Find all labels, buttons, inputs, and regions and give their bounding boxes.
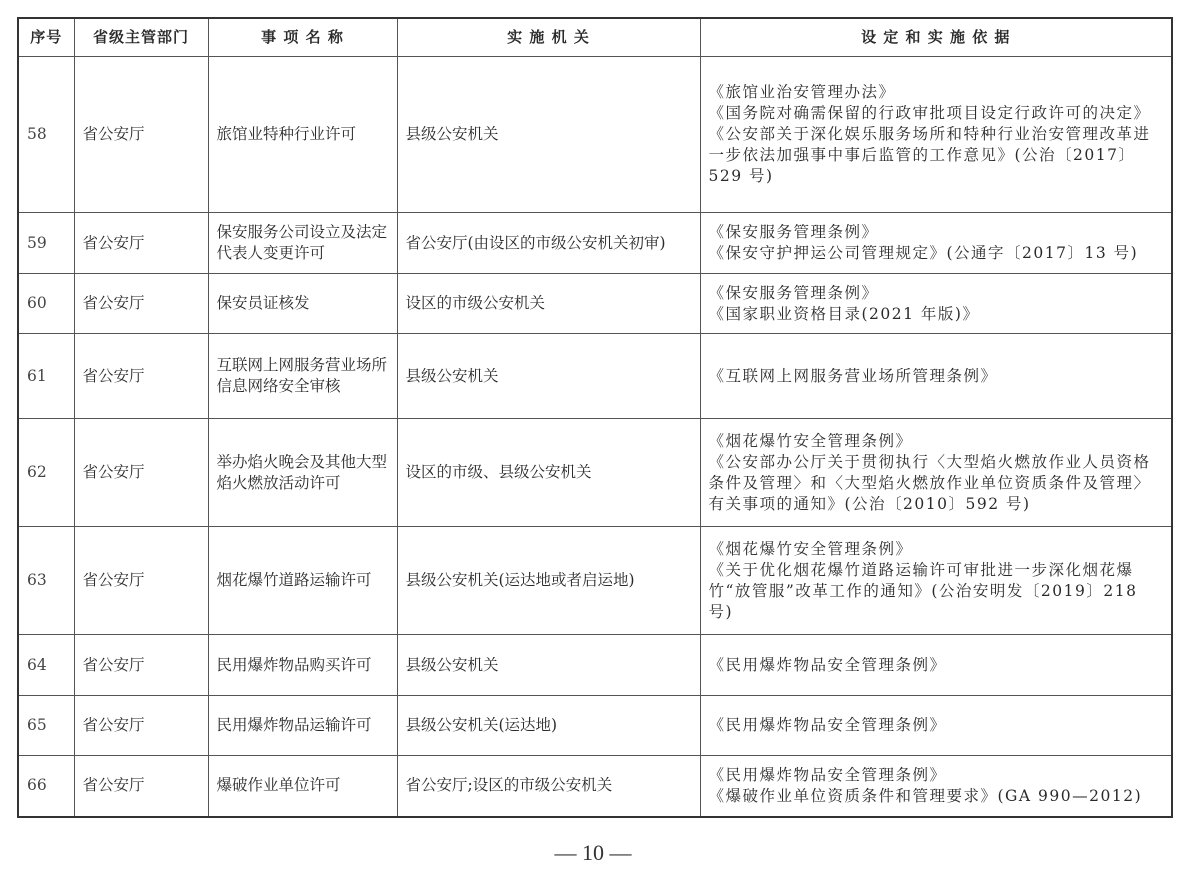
cell-department: 省公安厅 — [74, 419, 208, 527]
cell-department: 省公安厅 — [74, 756, 208, 817]
cell-legal-basis: 《互联网上网服务营业场所管理条例》 — [700, 334, 1172, 419]
table-row: 61 省公安厅 互联网上网服务营业场所信息网络安全审核 县级公安机关 《互联网上… — [18, 334, 1172, 419]
cell-implementing-agency: 设区的市级公安机关 — [397, 274, 700, 334]
table-row: 64 省公安厅 民用爆炸物品购买许可 县级公安机关 《民用爆炸物品安全管理条例》 — [18, 635, 1172, 696]
cell-serial-number: 66 — [18, 756, 74, 817]
cell-legal-basis: 《烟花爆竹安全管理条例》 《关于优化烟花爆竹道路运输许可审批进一步深化烟花爆竹“… — [700, 527, 1172, 635]
cell-serial-number: 61 — [18, 334, 74, 419]
table-row: 60 省公安厅 保安员证核发 设区的市级公安机关 《保安服务管理条例》 《国家职… — [18, 274, 1172, 334]
cell-serial-number: 63 — [18, 527, 74, 635]
cell-legal-basis: 《旅馆业治安管理办法》 《国务院对确需保留的行政审批项目设定行政许可的决定》 《… — [700, 57, 1172, 213]
cell-legal-basis: 《民用爆炸物品安全管理条例》 — [700, 696, 1172, 756]
basis-line: 《民用爆炸物品安全管理条例》 — [709, 655, 1164, 676]
table-row: 59 省公安厅 保安服务公司设立及法定代表人变更许可 省公安厅(由设区的市级公安… — [18, 213, 1172, 274]
cell-legal-basis: 《民用爆炸物品安全管理条例》 — [700, 635, 1172, 696]
cell-implementing-agency: 县级公安机关(运达地或者启运地) — [397, 527, 700, 635]
basis-line: 《烟花爆竹安全管理条例》 — [709, 539, 1164, 560]
cell-item-name: 保安员证核发 — [208, 274, 397, 334]
table-row: 58 省公安厅 旅馆业特种行业许可 县级公安机关 《旅馆业治安管理办法》 《国务… — [18, 57, 1172, 213]
basis-line: 《公安部办公厅关于贯彻执行〈大型焰火燃放作业人员资格条件及管理〉和〈大型焰火燃放… — [709, 452, 1164, 515]
cell-serial-number: 58 — [18, 57, 74, 213]
cell-legal-basis: 《烟花爆竹安全管理条例》 《公安部办公厅关于贯彻执行〈大型焰火燃放作业人员资格条… — [700, 419, 1172, 527]
header-serial-number: 序号 — [18, 18, 74, 57]
table-row: 66 省公安厅 爆破作业单位许可 省公安厅;设区的市级公安机关 《民用爆炸物品安… — [18, 756, 1172, 817]
cell-serial-number: 62 — [18, 419, 74, 527]
cell-item-name: 民用爆炸物品购买许可 — [208, 635, 397, 696]
cell-item-name: 爆破作业单位许可 — [208, 756, 397, 817]
permit-table: 序号 省级主管部门 事 项 名 称 实 施 机 关 设 定 和 实 施 依 据 … — [17, 17, 1173, 818]
cell-department: 省公安厅 — [74, 213, 208, 274]
cell-legal-basis: 《民用爆炸物品安全管理条例》 《爆破作业单位资质条件和管理要求》(GA 990—… — [700, 756, 1172, 817]
cell-item-name: 民用爆炸物品运输许可 — [208, 696, 397, 756]
cell-serial-number: 60 — [18, 274, 74, 334]
cell-serial-number: 65 — [18, 696, 74, 756]
cell-department: 省公安厅 — [74, 527, 208, 635]
cell-department: 省公安厅 — [74, 635, 208, 696]
cell-implementing-agency: 县级公安机关(运达地) — [397, 696, 700, 756]
cell-implementing-agency: 设区的市级、县级公安机关 — [397, 419, 700, 527]
basis-line: 《旅馆业治安管理办法》 — [709, 82, 1164, 103]
cell-department: 省公安厅 — [74, 274, 208, 334]
table-row: 65 省公安厅 民用爆炸物品运输许可 县级公安机关(运达地) 《民用爆炸物品安全… — [18, 696, 1172, 756]
cell-item-name: 举办焰火晚会及其他大型焰火燃放活动许可 — [208, 419, 397, 527]
cell-implementing-agency: 省公安厅;设区的市级公安机关 — [397, 756, 700, 817]
table-header-row: 序号 省级主管部门 事 项 名 称 实 施 机 关 设 定 和 实 施 依 据 — [18, 18, 1172, 57]
header-legal-basis: 设 定 和 实 施 依 据 — [700, 18, 1172, 57]
basis-line: 《保安守护押运公司管理规定》(公通字〔2017〕13 号) — [709, 243, 1164, 264]
basis-line: 《关于优化烟花爆竹道路运输许可审批进一步深化烟花爆竹“放管服”改革工作的通知》(… — [709, 560, 1164, 623]
cell-serial-number: 59 — [18, 213, 74, 274]
basis-line: 《保安服务管理条例》 — [709, 283, 1164, 304]
cell-implementing-agency: 县级公安机关 — [397, 57, 700, 213]
basis-line: 《国家职业资格目录(2021 年版)》 — [709, 304, 1164, 325]
cell-department: 省公安厅 — [74, 334, 208, 419]
cell-item-name: 保安服务公司设立及法定代表人变更许可 — [208, 213, 397, 274]
cell-department: 省公安厅 — [74, 696, 208, 756]
basis-line: 《国务院对确需保留的行政审批项目设定行政许可的决定》 — [709, 103, 1164, 124]
cell-item-name: 烟花爆竹道路运输许可 — [208, 527, 397, 635]
page-number: — 10 — — [0, 840, 1186, 866]
cell-implementing-agency: 省公安厅(由设区的市级公安机关初审) — [397, 213, 700, 274]
basis-line: 《保安服务管理条例》 — [709, 222, 1164, 243]
basis-line: 《爆破作业单位资质条件和管理要求》(GA 990—2012) — [709, 786, 1164, 807]
header-department: 省级主管部门 — [74, 18, 208, 57]
basis-line: 《民用爆炸物品安全管理条例》 — [709, 715, 1164, 736]
cell-implementing-agency: 县级公安机关 — [397, 334, 700, 419]
table-row: 62 省公安厅 举办焰火晚会及其他大型焰火燃放活动许可 设区的市级、县级公安机关… — [18, 419, 1172, 527]
cell-serial-number: 64 — [18, 635, 74, 696]
cell-item-name: 互联网上网服务营业场所信息网络安全审核 — [208, 334, 397, 419]
header-item-name: 事 项 名 称 — [208, 18, 397, 57]
cell-legal-basis: 《保安服务管理条例》 《国家职业资格目录(2021 年版)》 — [700, 274, 1172, 334]
basis-line: 《公安部关于深化娱乐服务场所和特种行业治安管理改革进一步依法加强事中事后监管的工… — [709, 124, 1164, 187]
cell-department: 省公安厅 — [74, 57, 208, 213]
cell-implementing-agency: 县级公安机关 — [397, 635, 700, 696]
basis-line: 《民用爆炸物品安全管理条例》 — [709, 765, 1164, 786]
cell-legal-basis: 《保安服务管理条例》 《保安守护押运公司管理规定》(公通字〔2017〕13 号) — [700, 213, 1172, 274]
table-row: 63 省公安厅 烟花爆竹道路运输许可 县级公安机关(运达地或者启运地) 《烟花爆… — [18, 527, 1172, 635]
cell-item-name: 旅馆业特种行业许可 — [208, 57, 397, 213]
basis-line: 《互联网上网服务营业场所管理条例》 — [709, 366, 1164, 387]
header-implementing-agency: 实 施 机 关 — [397, 18, 700, 57]
basis-line: 《烟花爆竹安全管理条例》 — [709, 431, 1164, 452]
